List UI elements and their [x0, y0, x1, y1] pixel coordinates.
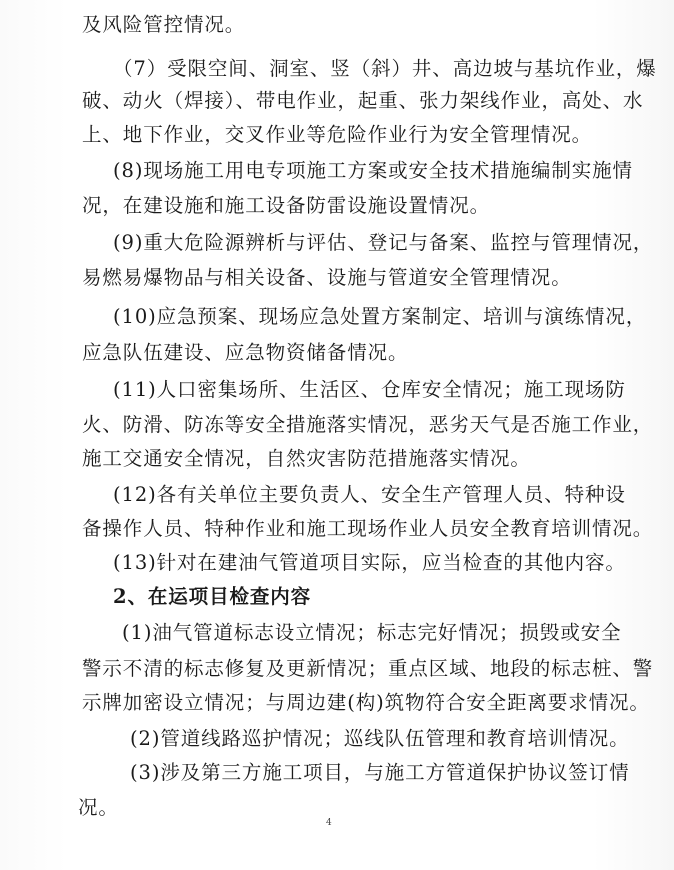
text-line: 备操作人员、特种作业和施工现场作业人员安全教育培训情况。: [82, 516, 653, 542]
text-line: 上、地下作业，交叉作业等危险作业行为安全管理情况。: [82, 122, 592, 148]
text-line: (3)涉及第三方施工项目，与施工方管道保护协议签订情: [130, 760, 630, 786]
text-line: 况。: [78, 795, 119, 821]
text-line: （7）受限空间、洞室、竖（斜）井、高边坡与基坑作业，爆: [113, 56, 657, 82]
text-line: 况，在建设施和施工设备防雷设施设置情况。: [82, 193, 490, 219]
text-line: (2)管道线路巡护情况；巡线队伍管理和教育培训情况。: [130, 726, 630, 752]
page-number: 4: [326, 818, 332, 828]
text-line: (12)各有关单位主要负责人、安全生产管理人员、特种设: [113, 482, 626, 508]
document-page: 及风险管控情况。 （7）受限空间、洞室、竖（斜）井、高边坡与基坑作业，爆 破、动…: [0, 0, 674, 870]
text-line: 示牌加密设立情况；与周边建(构)筑物符合安全距离要求情况。: [82, 690, 650, 716]
text-line: 破、动火（焊接）、带电作业，起重、张力架线作业，高处、水: [82, 88, 643, 114]
text-line: 及风险管控情况。: [82, 12, 245, 38]
text-line: (10)应急预案、现场应急处置方案制定、培训与演练情况，: [113, 304, 646, 330]
text-line: 应急队伍建设、应急物资储备情况。: [82, 340, 408, 366]
text-line: (13)针对在建油气管道项目实际，应当检查的其他内容。: [113, 550, 626, 576]
text-line: 易燃易爆物品与相关设备、设施与管道安全管理情况。: [82, 265, 572, 291]
text-line: (1)油气管道标志设立情况；标志完好情况；损毁或安全: [122, 620, 622, 646]
text-line: (9)重大危险源辨析与评估、登记与备案、监控与管理情况，: [113, 230, 653, 256]
text-line: 火、防滑、防冻等安全措施落实情况，恶劣天气是否施工作业，: [82, 412, 653, 438]
section-heading: 2、在运项目检查内容: [113, 584, 311, 610]
text-line: 警示不清的标志修复及更新情况；重点区域、地段的标志桩、警: [82, 656, 653, 682]
text-line: (8)现场施工用电专项施工方案或安全技术措施编制实施情: [113, 158, 633, 184]
text-line: (11)人口密集场所、生活区、仓库安全情况；施工现场防: [113, 377, 626, 403]
text-line: 施工交通安全情况，自然灾害防范措施落实情况。: [82, 446, 531, 472]
